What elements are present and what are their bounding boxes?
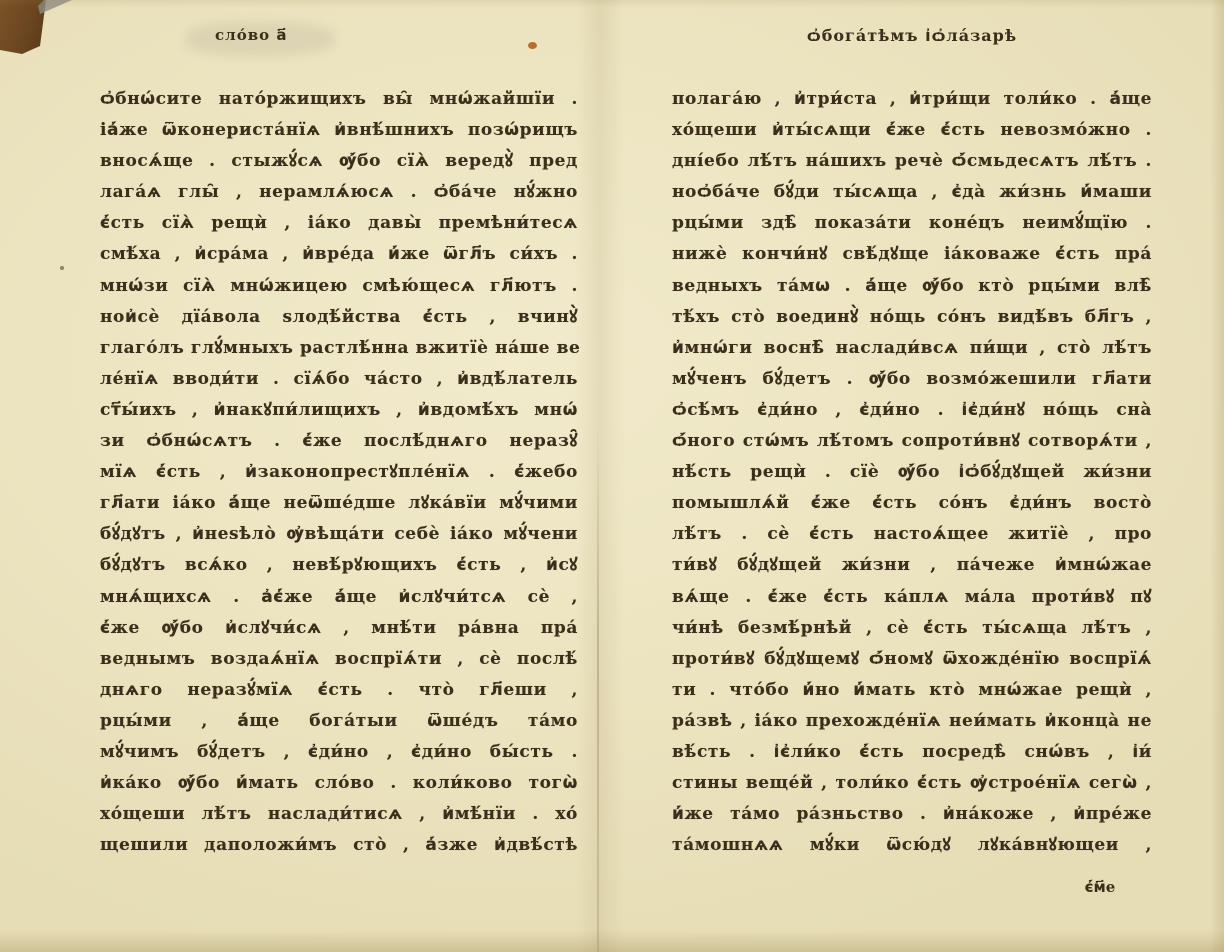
text-line: веднымъ воздаѧ́нїѧ воспрїѧ́ти , сѐ послѣ…	[100, 644, 578, 675]
text-line: ѻ҆́ного стѡ́мъ лѣ́томъ сопроти́внꙋ сотво…	[672, 426, 1152, 457]
text-line: полага́ю , и҆три́ста , и҆три́щи толи́ко …	[672, 84, 1152, 115]
book-spread: сло́во а҃ ѻ҆бнѡ́сите нато́ржищихъ вы̑ мн…	[0, 0, 1224, 952]
wooden-board-corner	[0, 0, 62, 58]
text-line: ле́нїѧ вводи́ти . сїѧ́бо ча́сто , и҆вдѣ́…	[100, 364, 578, 395]
text-line: вносѧ́ще . стыжꙋ́сѧ ѹ҆́бо сїѧ̀ вередꙋ̀ п…	[100, 146, 578, 177]
page-edge-right	[1210, 0, 1224, 952]
text-line: є҆́же ѹ҆́бо и҆слꙋчи́сѧ , мнѣ́ти ра́вна п…	[100, 613, 578, 644]
text-line: смѣ́ха , и҆сра́ма , и҆вре́да и҆́же ѿгл҃ъ…	[100, 239, 578, 270]
text-line: ти . что́бо и҆́но и҆́мать кто̀ мнѡ́жае р…	[672, 675, 1152, 706]
running-header-left: сло́во а҃	[215, 26, 288, 50]
gutter-crease	[597, 420, 599, 952]
text-line: лага́ѧ глы̑ , нерамлѧ́юсѧ . ѻ҆ба́че нꙋ́ж…	[100, 177, 578, 208]
text-line: вѣ́сть . і҆є҆ли́ко є҆́сть посредѣ̀ снѡ́в…	[672, 737, 1152, 768]
text-line: и҆ка́ко ѹ҆́бо и҆́мать сло́во . коли́ково…	[100, 768, 578, 799]
text-line: хо́щеши лѣ́тъ наслади́тисѧ , и҆мѣ́нїи . …	[100, 799, 578, 830]
text-line: вѧ́ще . є҆́же є҆́сть ка́плѧ ма́ла проти́…	[672, 582, 1152, 613]
text-line: хо́щеши и҆ты́сѧщи є҆́же є҆́сть невозмо́ж…	[672, 115, 1152, 146]
text-line: рцы́ми , а҆́ще бога́тыи ѿше́дъ та́мо	[100, 706, 578, 737]
text-line: іа҆́же ѿконериста́нїѧ и҆внѣ́шнихъ позѡ́р…	[100, 115, 578, 146]
text-line: бꙋ́дꙋтъ , и҆неѕѣло̀ ѹ҆вѣща́ти себѐ іа́ко…	[100, 519, 578, 550]
text-line: тѣ́хъ сто̀ воединꙋ̀ но́щь со́нъ видѣ́въ …	[672, 302, 1152, 333]
catchword: є҆́м҃е	[1040, 878, 1160, 896]
text-line: гл҃ати іа́ко а҆́ще неѿше́дше лꙋка́вїи мꙋ…	[100, 488, 578, 519]
text-line: ѻ҆бнѡ́сите нато́ржищихъ вы̑ мнѡ́жайшїи .	[100, 84, 578, 115]
text-line: ѻ҆сѣ́мъ є҆ди́но , є҆ди́но . і҆є҆ди́нꙋ но…	[672, 395, 1152, 426]
text-block-left: ѻ҆бнѡ́сите нато́ржищихъ вы̑ мнѡ́жайшїи .…	[100, 84, 578, 861]
text-line: ра́звѣ , іа́ко прехожде́нїѧ неи́мать и҆к…	[672, 706, 1152, 737]
text-line: бꙋ́дꙋтъ всѧ́ко , невѣ́рꙋющихъ є҆́сть , и…	[100, 550, 578, 581]
text-line: помышлѧ́й є҆́же є҆́сть со́нъ є҆ди́нъ вос…	[672, 488, 1152, 519]
text-line: та́мошнѧѧ мꙋ́ки ѿсю́дꙋ лꙋка́внꙋющеи ,	[672, 830, 1152, 861]
text-line: мнѧ́щихсѧ . а҆є҆́же а҆́ще и҆слꙋчи́тсѧ сѐ…	[100, 582, 578, 613]
text-line: рцы́ми здѣ̑ показа́ти коне́цъ неимꙋ́щїю …	[672, 208, 1152, 239]
text-line: нѣ́сть рещѝ . сїѐ ѹ҆́бо і҆ѻ҆бꙋ́дꙋщей жи́…	[672, 457, 1152, 488]
ink-speck	[60, 266, 64, 270]
text-line: стины веще́й , толи́ко є҆́сть ѹ҆строе́нї…	[672, 768, 1152, 799]
text-line: мꙋ́ченъ бꙋ́детъ . ѹ҆́бо возмо́жешили гл҃…	[672, 364, 1152, 395]
text-line: мнѡ́зи сїѧ̀ мнѡ́жицею смѣю́щесѧ гл҃ютъ .	[100, 271, 578, 302]
text-line: мꙋ́чимъ бꙋ́детъ , є҆ди́но , є҆ди́но бы́с…	[100, 737, 578, 768]
text-line: проти́вꙋ бꙋ́дꙋщемꙋ ѻ҆́номꙋ ѿхожде́нїю во…	[672, 644, 1152, 675]
text-line: и҆́же та́мо ра́зньство . и҆на́коже , и҆п…	[672, 799, 1152, 830]
page-edge-top	[0, 0, 1224, 8]
page-gutter	[576, 0, 624, 952]
page-edge-bottom	[0, 930, 1224, 952]
text-line: глаго́лъ глꙋ́мныхъ растлѣ́нна вжитїѐ на́…	[100, 333, 578, 364]
text-line: є҆́сть сїѧ̀ рещѝ , іа́ко давы̀ премѣни́т…	[100, 208, 578, 239]
text-line: чи́нѣ безмѣ́рнѣй , сѐ є҆́сть ты́сѧща лѣ́…	[672, 613, 1152, 644]
text-line: днѧго неразꙋ́мїѧ є҆́сть . что̀ гл҃еши ,	[100, 675, 578, 706]
text-line: и҆мнѡ́ги воснѣ̑ наслади́всѧ пи́щи , сто̀…	[672, 333, 1152, 364]
text-line: ст҃ы́ихъ , и҆накꙋпи́лищихъ , и҆вдомѣ́хъ …	[100, 395, 578, 426]
text-line: нои҆сѐ дїа́вола ѕлодѣ́йства є҆́сть , вчи…	[100, 302, 578, 333]
text-line: ведныхъ та́мѡ . а҆́ще ѹ҆́бо кто̀ рцы́ми …	[672, 271, 1152, 302]
text-line: ти́вꙋ бꙋ́дꙋщей жи́зни , па́чеже и҆мнѡ́жа…	[672, 550, 1152, 581]
text-line: зи ѻ҆бнѡ́сѧтъ . є҆́же послѣ́днѧго неразꙋ…	[100, 426, 578, 457]
running-header-right: ѻ҆бога́тѣмъ і҆ѻ҆ла́зарѣ	[672, 26, 1152, 50]
text-line: ноѻ҆ба́че бꙋ́ди ты́сѧща , є҆да̀ жи́знь и…	[672, 177, 1152, 208]
text-block-right: полага́ю , и҆три́ста , и҆три́щи толи́ко …	[672, 84, 1152, 861]
text-line: дні́ебо лѣ́тъ на́шихъ речѐ ѻ҆́смьдесѧтъ …	[672, 146, 1152, 177]
text-line: мїѧ є҆́сть , и҆законопрестꙋпле́нїѧ . є҆́…	[100, 457, 578, 488]
ink-speck	[528, 42, 537, 49]
text-line: нижѐ кончи́нꙋ свѣ́дꙋще іа́коваже є҆́сть …	[672, 239, 1152, 270]
text-line: лѣ́тъ . сѐ є҆́сть настоѧ́щее житїѐ , про	[672, 519, 1152, 550]
text-line: щешили даположи́мъ сто̀ , а҆́зже и҆двѣ́с…	[100, 830, 578, 861]
